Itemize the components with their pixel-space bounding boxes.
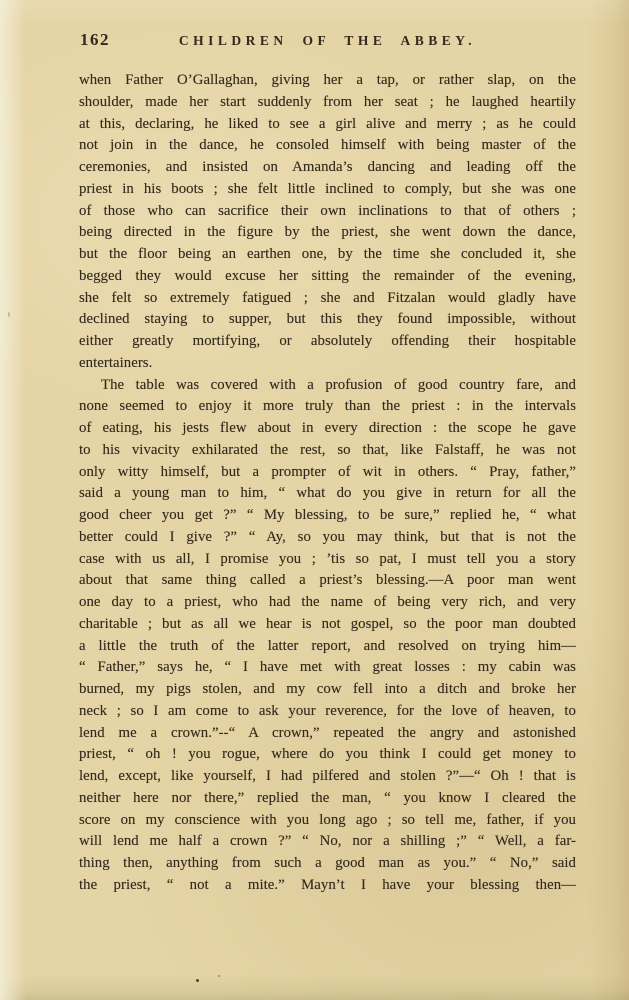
text-line: of those who can sacrifice their own inc… [79, 201, 576, 223]
page-edge-mark [8, 312, 10, 317]
text-line: being directed in the figure by the prie… [79, 222, 576, 244]
page-body: when Father O’Gallaghan, giving her a ta… [79, 70, 576, 897]
text-line: lend, except, like yourself, I had pilfe… [79, 766, 576, 788]
text-line: one day to a priest, who had the name of… [79, 592, 576, 614]
text-line: entertainers. [79, 353, 576, 375]
text-line: shoulder, made her start suddenly from h… [79, 92, 576, 114]
text-line: neither here nor there,” replied the man… [79, 788, 576, 810]
text-line: good cheer you get ?” “ My blessing, to … [79, 505, 576, 527]
page-header: 162 CHILDREN OF THE ABBEY. [79, 31, 576, 53]
text-line: score on my conscience with you long ago… [79, 810, 576, 832]
text-line: ceremonies, and insisted on Amanda’s dan… [79, 157, 576, 179]
text-line: about that same thing called a priest’s … [79, 570, 576, 592]
ink-speck [196, 979, 199, 982]
text-line: better could I give ?” “ Ay, so you may … [79, 527, 576, 549]
text-line: none seemed to enjoy it more truly than … [79, 396, 576, 418]
text-line: The table was covered with a profusion o… [79, 375, 576, 397]
text-line: burned, my pigs stolen, and my cow fell … [79, 679, 576, 701]
text-line: the priest, “ not a mite.” Mayn’t I have… [79, 875, 576, 897]
running-title: CHILDREN OF THE ABBEY. [179, 31, 476, 49]
text-line: either greatly mortifying, or absolutely… [79, 331, 576, 353]
text-line: neck ; so I am come to ask your reverenc… [79, 701, 576, 723]
book-page: 162 CHILDREN OF THE ABBEY. when Father O… [0, 0, 629, 1000]
ink-speck [218, 975, 220, 977]
text-line: said a young man to him, “ what do you g… [79, 483, 576, 505]
text-line: at this, declaring, he liked to see a gi… [79, 114, 576, 136]
text-line: thing then, anything from such a good ma… [79, 853, 576, 875]
text-line: when Father O’Gallaghan, giving her a ta… [79, 70, 576, 92]
text-line: will lend me half a crown ?” “ No, nor a… [79, 831, 576, 853]
page-number: 162 [80, 30, 110, 50]
paragraph: when Father O’Gallaghan, giving her a ta… [79, 70, 576, 375]
text-line: case with us all, I promise you ; ’tis s… [79, 549, 576, 571]
text-line: declined staying to supper, but this the… [79, 309, 576, 331]
text-line: a little the truth of the latter report,… [79, 636, 576, 658]
text-line: charitable ; but as all we hear is not g… [79, 614, 576, 636]
text-line: begged they would excuse her sitting the… [79, 266, 576, 288]
text-line: but the floor being an earthen one, by t… [79, 244, 576, 266]
text-line: to his vivacity exhilarated the rest, so… [79, 440, 576, 462]
paragraph: The table was covered with a profusion o… [79, 375, 576, 897]
text-line: priest, “ oh ! you rogue, where do you t… [79, 744, 576, 766]
text-line: priest in his boots ; she felt little in… [79, 179, 576, 201]
text-line: not join in the dance, he consoled himse… [79, 135, 576, 157]
text-line: only witty himself, but a prompter of wi… [79, 462, 576, 484]
text-line: of eating, his jests flew about in every… [79, 418, 576, 440]
text-line: she felt so extremely fatigued ; she and… [79, 288, 576, 310]
text-line: lend me a crown.”--“ A crown,” repeated … [79, 723, 576, 745]
text-line: “ Father,” says he, “ I have met with gr… [79, 657, 576, 679]
